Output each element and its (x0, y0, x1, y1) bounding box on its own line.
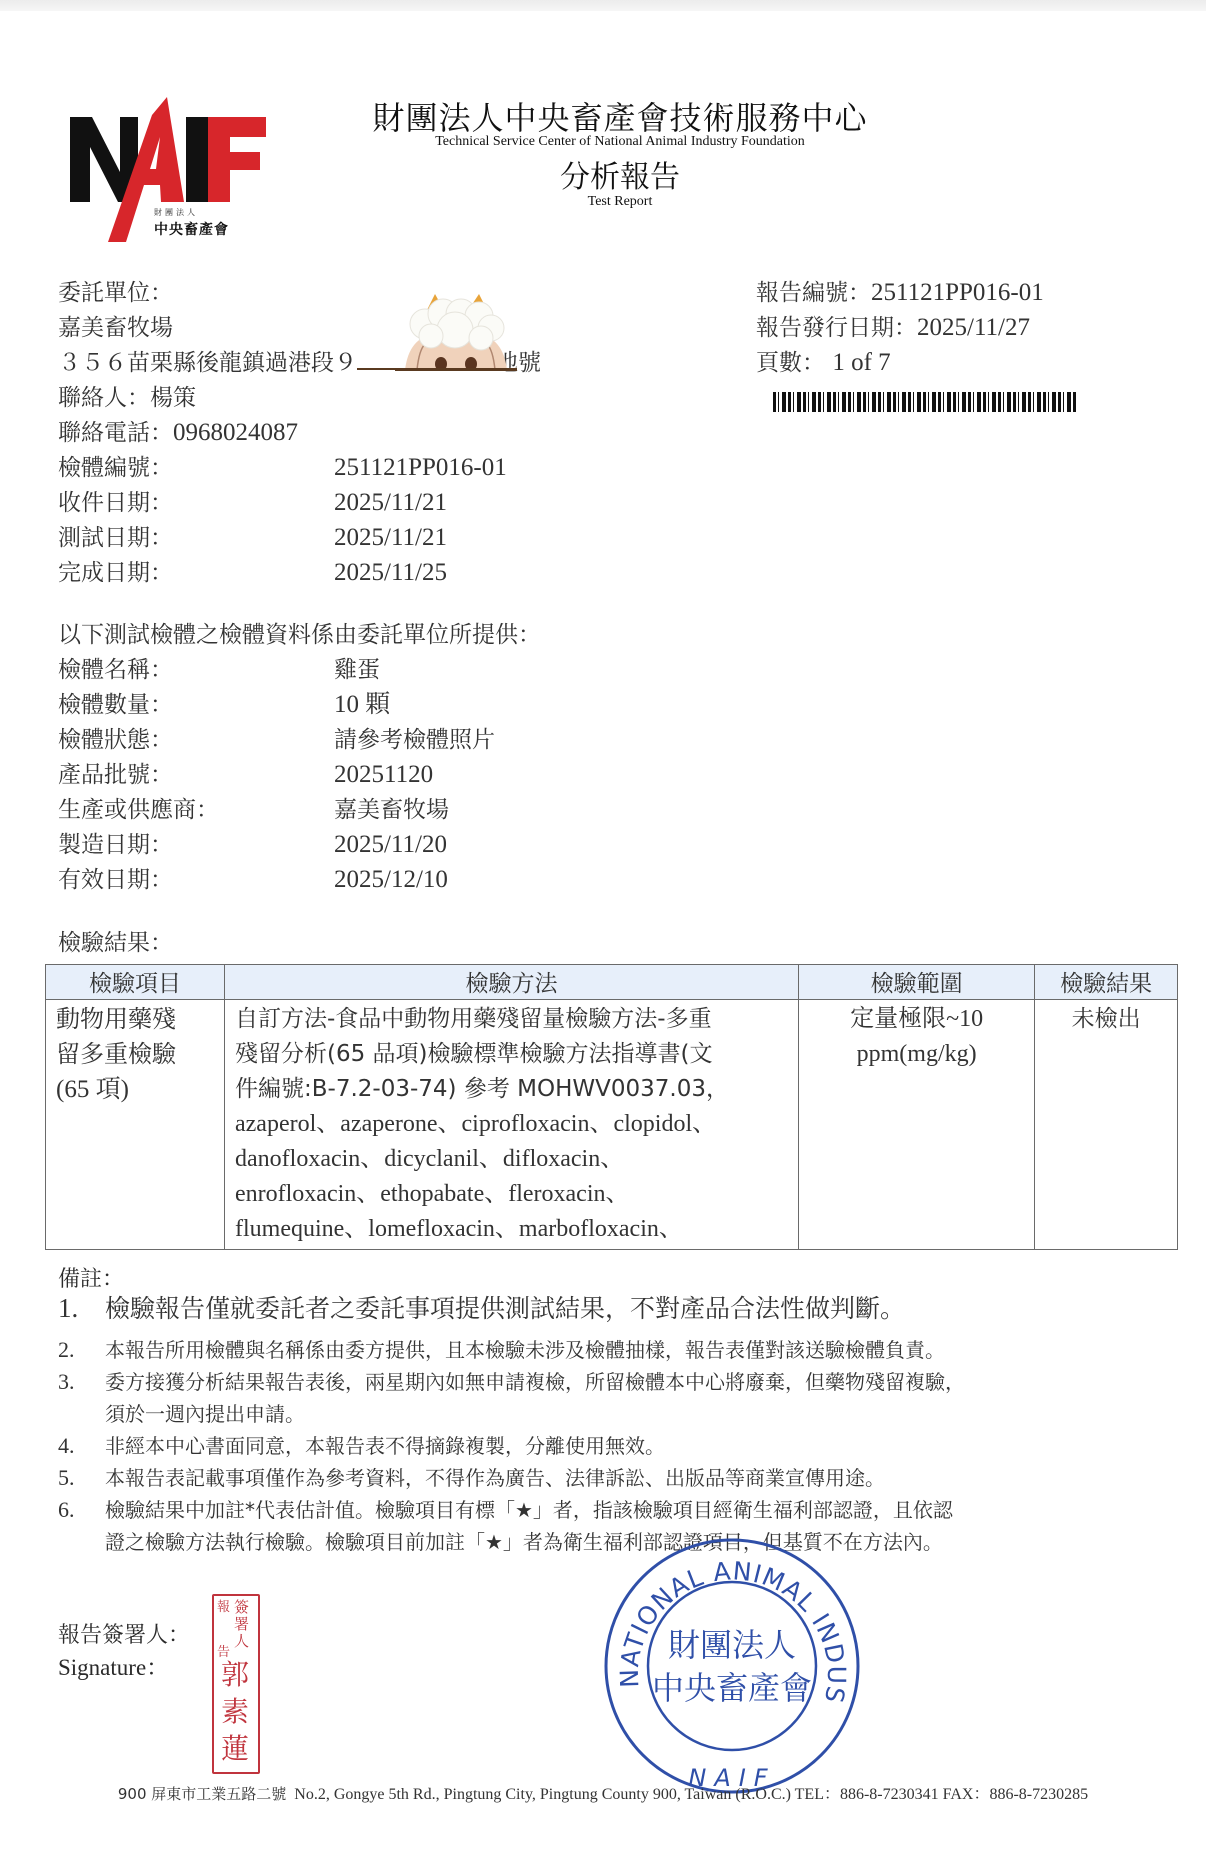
pages-row: 頁數： 1 of 7 (756, 348, 891, 378)
note-number: 2. (58, 1334, 105, 1366)
col-header-method: 檢驗方法 (225, 965, 799, 1000)
note-text: 本報告表記載事項僅作為參考資料，不得作為廣告、法律訴訟、出版品等商業宣傳用途。 (105, 1466, 885, 1490)
col-header-result: 檢驗結果 (1035, 965, 1178, 1000)
complete-date-row: 完成日期： 2025/11/25 (58, 558, 173, 588)
col-header-item: 檢驗項目 (46, 965, 225, 1000)
issue-date-row: 報告發行日期：2025/11/27 (756, 313, 1030, 343)
method-line: 自訂方法-食品中動物用藥殘留量檢驗方法-多重 (235, 1002, 788, 1037)
top-bar (0, 0, 1206, 11)
sheep-sticker-icon (395, 292, 517, 372)
note-text: 須於一週內提出申請。 (58, 1398, 965, 1430)
batch-no-value: 20251120 (334, 760, 433, 790)
expiry-date-label: 有效日期： (58, 867, 173, 893)
signature-label-en: Signature： (58, 1652, 190, 1684)
note-text: 委方接獲分析結果報告表後，兩星期內如無申請複檢，所留檢體本中心將廢棄，但藥物殘留… (105, 1370, 965, 1394)
footer-address: 900 屏東市工業五路二號 No.2, Gongye 5th Rd., Ping… (0, 1781, 1206, 1804)
batch-no-label: 產品批號： (58, 762, 173, 788)
test-date-label: 測試日期： (58, 525, 173, 551)
signature-seal: 報告 簽署人 郭素蓮 (212, 1594, 260, 1774)
method-line: 件編號:B-7.2-03-74) 參考 MOHWV0037.03， (235, 1072, 788, 1107)
note-number: 3. (58, 1366, 105, 1398)
mfg-date-label: 製造日期： (58, 832, 173, 858)
test-date-value: 2025/11/21 (334, 523, 447, 553)
note-number: 4. (58, 1430, 105, 1462)
footer-address-en: No.2, Gongye 5th Rd., Pingtung City, Pin… (294, 1786, 791, 1803)
footer-fax: FAX：886-8-7230285 (943, 1786, 1088, 1803)
item-line: 留多重檢驗 (56, 1037, 214, 1072)
seal-text-title: 簽署人 (234, 1599, 252, 1650)
sample-name-value: 雞蛋 (334, 655, 380, 685)
official-stamp: NATIONAL ANIMAL INDUSTRY FOUNDATION NAIF… (600, 1534, 864, 1798)
report-no-label: 報告編號： (756, 280, 871, 306)
table-row: 動物用藥殘 留多重檢驗 (65 項) 自訂方法-食品中動物用藥殘留量檢驗方法-多… (46, 1000, 1178, 1250)
supplier-label: 生產或供應商： (58, 797, 219, 823)
method-line: enrofloxacin、ethopabate、fleroxacin、 (235, 1177, 788, 1212)
cell-range: 定量極限~10 ppm(mg/kg) (799, 1000, 1035, 1250)
note-item: 3.委方接獲分析結果報告表後，兩星期內如無申請複檢，所留檢體本中心將廢棄，但藥物… (58, 1366, 965, 1430)
org-name: 財團法人中央畜產會技術服務中心 (330, 93, 910, 139)
sample-state-label: 檢體狀態： (58, 727, 173, 753)
sample-field-row: 檢體數量： 10 顆 (58, 690, 173, 720)
sample-state-value: 請參考檢體照片 (334, 725, 495, 755)
range-line: ppm(mg/kg) (809, 1037, 1024, 1072)
item-line: (65 項) (56, 1072, 214, 1107)
contact-row: 聯絡人：楊策 (58, 383, 196, 413)
sample-qty-label: 檢體數量： (58, 692, 173, 718)
sample-field-row: 檢體狀態： 請參考檢體照片 (58, 725, 173, 755)
range-line: 定量極限~10 (809, 1002, 1024, 1037)
svg-text:中央畜產會: 中央畜產會 (652, 1669, 812, 1707)
cell-method: 自訂方法-食品中動物用藥殘留量檢驗方法-多重 殘留分析(65 品項)檢驗標準檢驗… (225, 1000, 799, 1250)
logo-subtitle-small: 財團法人 (154, 207, 198, 218)
cell-item: 動物用藥殘 留多重檢驗 (65 項) (46, 1000, 225, 1250)
col-header-range: 檢驗範圍 (799, 965, 1035, 1000)
signature-label-zh: 報告簽署人： (58, 1620, 190, 1652)
org-name-en: Technical Service Center of National Ani… (330, 134, 910, 150)
barcode (773, 392, 1078, 412)
note-text: 檢驗結果中加註*代表估計值。檢驗項目有標「★」者，指該檢驗項目經衛生福利部認證，… (105, 1498, 953, 1522)
address-prefix: ３５６苗栗縣後龍鎮過港段９ (58, 350, 357, 376)
note-item: 1.檢驗報告僅就委託者之委託事項提供測試結果，不對產品合法性做判斷。 (58, 1292, 905, 1325)
sample-no-row: 檢體編號： 251121PP016-01 (58, 453, 173, 483)
mfg-date-value: 2025/11/20 (334, 830, 447, 860)
note-number: 6. (58, 1494, 105, 1526)
report-no-row: 報告編號：251121PP016-01 (756, 278, 1044, 308)
result-value: 未檢出 (1045, 1002, 1167, 1037)
sample-intro: 以下測試檢體之檢體資料係由委託單位所提供： (58, 620, 541, 650)
cell-result: 未檢出 (1035, 1000, 1178, 1250)
sample-no-label: 檢體編號： (58, 455, 173, 481)
pages-label: 頁數： (756, 350, 825, 376)
note-item: 5.本報告表記載事項僅作為參考資料，不得作為廣告、法律訴訟、出版品等商業宣傳用途… (58, 1462, 885, 1494)
client-label: 委託單位： (58, 278, 173, 308)
method-line: danofloxacin、dicyclanil、difloxacin、 (235, 1142, 788, 1177)
contact-label: 聯絡人： (58, 385, 150, 411)
redaction-sticker (395, 292, 517, 372)
signature-label: 報告簽署人： Signature： (58, 1620, 190, 1684)
item-line: 動物用藥殘 (56, 1002, 214, 1037)
receive-date-row: 收件日期： 2025/11/21 (58, 488, 173, 518)
naif-logo: 財團法人 中央畜產會 (68, 97, 268, 242)
footer-address-zh: 900 屏東市工業五路二號 (118, 1785, 286, 1803)
note-text: 檢驗報告僅就委託者之委託事項提供測試結果，不對產品合法性做判斷。 (105, 1294, 905, 1323)
note-text: 本報告所用檢體與名稱係由委方提供，且本檢驗未涉及檢體抽樣，報告表僅對該送驗檢體負… (105, 1338, 945, 1362)
expiry-date-value: 2025/12/10 (334, 865, 448, 895)
notes-title: 備註： (58, 1262, 124, 1293)
sample-qty-value: 10 顆 (334, 690, 390, 720)
client-name: 嘉美畜牧場 (58, 313, 173, 343)
table-header-row: 檢驗項目 檢驗方法 檢驗範圍 檢驗結果 (46, 965, 1178, 1000)
complete-date-label: 完成日期： (58, 560, 173, 586)
naif-stamp-icon: NATIONAL ANIMAL INDUSTRY FOUNDATION NAIF… (600, 1534, 864, 1798)
sample-name-label: 檢體名稱： (58, 657, 173, 683)
note-item: 2.本報告所用檢體與名稱係由委方提供，且本檢驗未涉及檢體抽樣，報告表僅對該送驗檢… (58, 1334, 945, 1366)
seal-text-small: 報告 (217, 1600, 231, 1660)
sample-field-row: 生產或供應商： 嘉美畜牧場 (58, 795, 219, 825)
contact-name: 楊策 (150, 385, 196, 411)
phone-label: 聯絡電話： (58, 420, 173, 446)
sample-no-value: 251121PP016-01 (334, 453, 507, 483)
svg-text:財團法人: 財團法人 (668, 1626, 796, 1664)
sample-field-row: 有效日期： 2025/12/10 (58, 865, 173, 895)
note-text: 非經本中心書面同意，本報告表不得摘錄複製，分離使用無效。 (105, 1434, 665, 1458)
report-no-value: 251121PP016-01 (871, 279, 1044, 306)
method-line: azaperol、azaperone、ciprofloxacin、clopido… (235, 1107, 788, 1142)
results-table: 檢驗項目 檢驗方法 檢驗範圍 檢驗結果 動物用藥殘 留多重檢驗 (65 項) 自… (45, 964, 1178, 1250)
sample-field-row: 產品批號： 20251120 (58, 760, 173, 790)
test-date-row: 測試日期： 2025/11/21 (58, 523, 173, 553)
issue-date-value: 2025/11/27 (917, 314, 1030, 341)
sample-field-row: 檢體名稱： 雞蛋 (58, 655, 173, 685)
issue-date-label: 報告發行日期： (756, 315, 917, 341)
seal-text-name: 郭素蓮 (221, 1656, 251, 1767)
receive-date-value: 2025/11/21 (334, 488, 447, 518)
supplier-value: 嘉美畜牧場 (334, 795, 449, 825)
note-number: 1. (58, 1292, 105, 1324)
sample-field-row: 製造日期： 2025/11/20 (58, 830, 173, 860)
pages-value: 1 of 7 (832, 349, 890, 376)
method-line: 殘留分析(65 品項)檢驗標準檢驗方法指導書(文 (235, 1037, 788, 1072)
receive-date-label: 收件日期： (58, 490, 173, 516)
method-line: flumequine、lomefloxacin、marbofloxacin、 (235, 1212, 788, 1247)
report-title-en: Test Report (330, 194, 910, 210)
report-title: 分析報告 (330, 152, 910, 196)
logo-subtitle-large: 中央畜產會 (154, 219, 229, 239)
complete-date-value: 2025/11/25 (334, 558, 447, 588)
phone-value: 0968024087 (173, 419, 298, 446)
note-item: 4.非經本中心書面同意，本報告表不得摘錄複製，分離使用無效。 (58, 1430, 665, 1462)
phone-row: 聯絡電話：0968024087 (58, 418, 298, 448)
note-number: 5. (58, 1462, 105, 1494)
footer-tel: TEL：886-8-7230341 (795, 1786, 939, 1803)
results-section-label: 檢驗結果： (58, 928, 173, 958)
